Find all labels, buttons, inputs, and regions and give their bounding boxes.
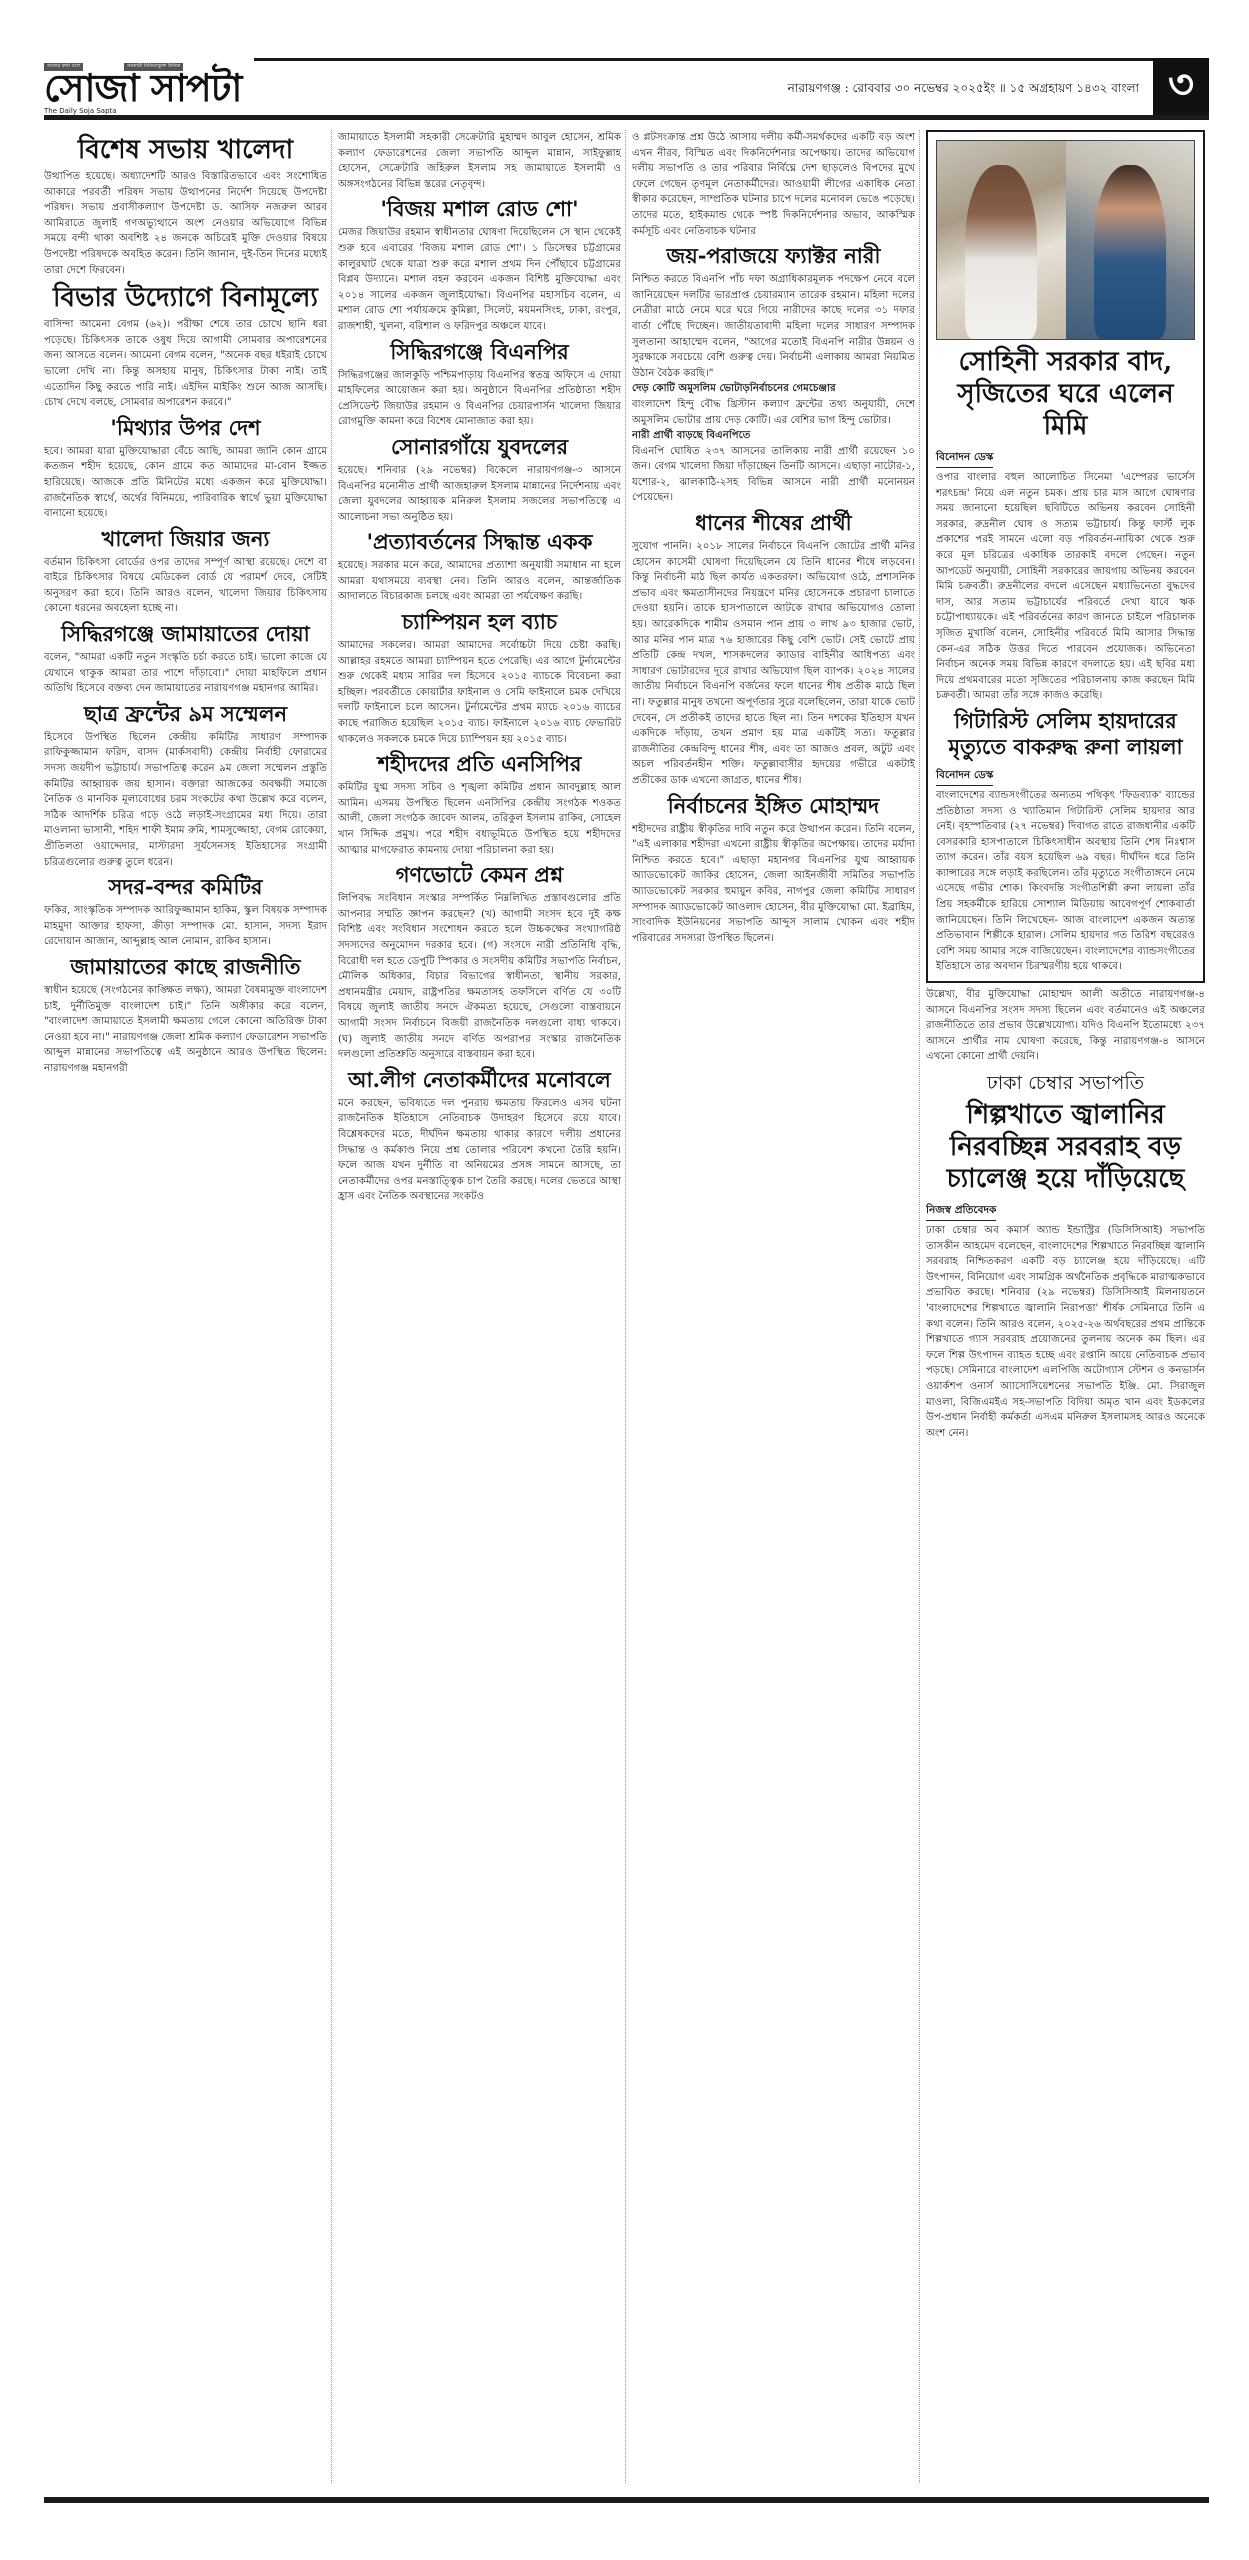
article-dhaka-chamber: ঢাকা চেম্বার সভাপতি শিল্পখাতে জ্বালানির … — [926, 1071, 1205, 1441]
article-body: হিসেবে উপস্থিত ছিলেন কেন্দ্রীয় কমিটির স… — [44, 730, 327, 870]
headline: বিশেষ সভায় খালেদা — [44, 134, 327, 166]
byline: বিনোদন ডেস্ক — [936, 450, 993, 468]
headline: ছাত্র ফ্রন্টের ৯ম সম্মেলন — [44, 701, 327, 727]
article-sonargaon-jubodal: সোনারগাঁয়ে যুবদলের হয়েছে। শনিবার (২৯ ন… — [338, 434, 621, 525]
headline: সদর-বন্দর কমিটির — [44, 874, 327, 900]
article-body: নিশ্চিত করতে বিএনপি পাঁচ দফা অগ্রাধিকারম… — [632, 272, 915, 381]
photo-left — [937, 141, 1066, 339]
article-referendum-question: গণভোটে কেমন প্রশ্ন লিপিবদ্ধ সংবিধান সংস্… — [338, 862, 621, 1063]
article-biva-free-treatment: বিভার উদ্যোগে বিনামূল্যে বাসিন্দা আমেনা … — [44, 282, 327, 411]
article-columns: বিশেষ সভায় খালেদা উত্থাপিত হয়েছে। অধ্য… — [44, 130, 1209, 2483]
article-body: হবে। আমরা যারা মুক্তিযোদ্ধারা বেঁচে আছি,… — [44, 444, 327, 522]
article-body: শহীদদের রাষ্ট্রীয় স্বীকৃতির দাবি নতুন ক… — [632, 822, 915, 947]
article-women-factor: জয়-পরাজয়ে ফ্যাক্টর নারী নিশ্চিত করতে ব… — [632, 243, 915, 506]
newspaper-page: সত্যের কথা বলে সরকারী মিডিয়াভুক্ত দৈনিক… — [44, 58, 1209, 2503]
article-siddhirganj-bnp: সিদ্ধিরগঞ্জে বিএনপির সিদ্ধিরগঞ্জের জালকু… — [338, 339, 621, 430]
article-subhead: দেড় কোটি অমুসলিম ভোটাড়নির্বাচনের গেমচে… — [632, 381, 915, 397]
photo-sohini-mimi — [936, 140, 1195, 340]
headline: জামায়াতের কাছে রাজনীতি — [44, 954, 327, 980]
column-4: সোহিনী সরকার বাদ, সৃজিতের ঘরে এলেন মিমি … — [926, 130, 1209, 2483]
masthead: সত্যের কথা বলে সরকারী মিডিয়াভুক্ত দৈনিক… — [44, 58, 1209, 120]
article-for-khaleda-zia: খালেদা জিয়ার জন্য বর্তমান চিকিৎসা বোর্ড… — [44, 526, 327, 617]
headline: সোহিনী সরকার বাদ, সৃজিতের ঘরে এলেন মিমি — [936, 346, 1195, 442]
byline: নিজস্ব প্রতিবেদক — [926, 1203, 996, 1221]
entertainment-box: সোহিনী সরকার বাদ, সৃজিতের ঘরে এলেন মিমি … — [926, 130, 1205, 983]
headline: নির্বাচনের ইঙ্গিত মোহাম্মদ — [632, 793, 915, 819]
headline: খালেদা জিয়ার জন্য — [44, 526, 327, 552]
article-paddy-sheaf-candidate: ধানের শীষের প্রার্থী সুযোগ পাননি। ২০১৮ স… — [632, 510, 915, 789]
article-body: ওপার বাংলার বহুল আলোচিত সিনেমা 'এম্পেরর … — [936, 470, 1195, 704]
article-body: সিদ্ধিরগঞ্জের জালকুড়ি পশ্চিমপাড়ায় বিএ… — [338, 368, 621, 430]
kicker: ঢাকা চেম্বার সভাপতি — [926, 1071, 1205, 1095]
article-chhatra-front-conference: ছাত্র ফ্রন্টের ৯ম সম্মেলন হিসেবে উপস্থিত… — [44, 701, 327, 870]
article-victory-torch-roadshow: 'বিজয় মশাল রোড শো' মেজর জিয়াউর রহমান স… — [338, 196, 621, 334]
article-sadar-bandar-committee: সদর-বন্দর কমিটির ফকির, সাংস্কৃতিক সম্পাদ… — [44, 874, 327, 950]
masthead-top-rule — [254, 58, 1153, 61]
article-body: বাংলাদেশ হিন্দু বৌদ্ধ খ্রিস্টান কল্যাণ ফ… — [632, 397, 915, 428]
headline: ধানের শীষের প্রার্থী — [632, 510, 915, 536]
column-1: বিশেষ সভায় খালেদা উত্থাপিত হয়েছে। অধ্য… — [44, 130, 332, 2483]
article-body: বাসিন্দা আমেনা বেগম (৬২)। পরীক্ষা শেষে ত… — [44, 317, 327, 411]
article-khaleda-special-meeting: বিশেষ সভায় খালেদা উত্থাপিত হয়েছে। অধ্য… — [44, 134, 327, 278]
headline: গণভোটে কেমন প্রশ্ন — [338, 862, 621, 888]
newspaper-logo-english: The Daily Soja Sapta — [44, 107, 117, 115]
column-3: ও প্লটসংক্রান্ত প্রশ্ন উঠে আসায় দলীয় ক… — [632, 130, 920, 2483]
newspaper-logo: সোজা সাপটা — [44, 68, 241, 108]
article-election-hint-mohammad: নির্বাচনের ইঙ্গিত মোহাম্মদ শহীদদের রাষ্ট… — [632, 793, 915, 947]
article-false-nation: 'মিথ্যার উপর দেশ হবে। আমরা যারা মুক্তিযো… — [44, 415, 327, 522]
article-return-decision: 'প্রত্যাবর্তনের সিদ্ধান্ত একক হয়েছে। সর… — [338, 529, 621, 605]
headline: শহীদদের প্রতি এনসিপির — [338, 751, 621, 777]
article-body: ঢাকা চেম্বার অব কমার্স অ্যান্ড ইন্ডাস্ট্… — [926, 1223, 1205, 1441]
headline: সিদ্ধিরগঞ্জে জামায়াতের দোয়া — [44, 621, 327, 647]
column-2: জামায়াতে ইসলামী সহকারী সেক্রেটারি মুহাম… — [338, 130, 626, 2483]
headline: সোনারগাঁয়ে যুবদলের — [338, 434, 621, 460]
photo-right — [1066, 141, 1195, 339]
headline: 'প্রত্যাবর্তনের সিদ্ধান্ত একক — [338, 529, 621, 555]
article-body: ফকির, সাংস্কৃতিক সম্পাদক আরিফুজ্জামান হা… — [44, 903, 327, 950]
article-body: মনে করছেন, ভবিষ্যতে দল পুনরায় ক্ষমতায় … — [338, 1096, 621, 1205]
article-al-morale: আ.লীগ নেতাকর্মীদের মনোবলে মনে করছেন, ভবি… — [338, 1067, 621, 1205]
article-continuation: জামায়াতে ইসলামী সহকারী সেক্রেটারি মুহাম… — [338, 130, 621, 192]
article-body: আমাদের সকলের। আমরা আমাদের সর্বোচ্চটা দিয… — [338, 638, 621, 747]
article-body: উত্থাপিত হয়েছে। অধ্যাদেশটি আরও বিস্তারি… — [44, 169, 327, 278]
article-body: বিএনপি ঘোষিত ২৩৭ আসনের তালিকায় নারী প্র… — [632, 444, 915, 506]
article-body: মেজর জিয়াউর রহমান স্বাধীনতার ঘোষণা দিয়… — [338, 225, 621, 334]
article-body: বলেন, "আমরা একটি নতুন সংস্কৃতি চর্চা করত… — [44, 650, 327, 697]
dateline: নারায়ণগঞ্জ : রোববার ৩০ নভেম্বর ২০২৫ইং ॥… — [788, 80, 1139, 100]
article-body: বাংলাদেশের ব্যান্ডসংগীতের অন্যতম পথিকৃৎ … — [936, 788, 1195, 975]
headline: গিটারিস্ট সেলিম হায়দারের মৃত্যুতে বাকরু… — [936, 708, 1195, 760]
article-politics-to-jamaat: জামায়াতের কাছে রাজনীতি স্বাধীন হয়েছে (… — [44, 954, 327, 1077]
headline: জয়-পরাজয়ে ফ্যাক্টর নারী — [632, 243, 915, 269]
article-body: লিপিবদ্ধ সংবিধান সংস্কার সম্পর্কিত নিম্ন… — [338, 891, 621, 1063]
article-continuation: ও প্লটসংক্রান্ত প্রশ্ন উঠে আসায় দলীয় ক… — [632, 130, 915, 239]
article-siddhirganj-jamaat-prayer: সিদ্ধিরগঞ্জে জামায়াতের দোয়া বলেন, "আমর… — [44, 621, 327, 697]
article-body: বর্তমান চিকিৎসা বোর্ডের ওপর তাদের সম্পূর… — [44, 555, 327, 617]
article-subhead: নারী প্রার্থী বাড়ছে বিএনপিতে — [632, 428, 915, 444]
article-body: হয়েছে। শনিবার (২৯ নভেম্বর) বিকেলে নারায… — [338, 463, 621, 525]
headline: বিভার উদ্যোগে বিনামূল্যে — [44, 282, 327, 314]
headline: সিদ্ধিরগঞ্জে বিএনপির — [338, 339, 621, 365]
article-body: কমিটির যুগ্ম সদস্য সচিব ও শৃঙ্খলা কমিটির… — [338, 780, 621, 858]
article-ncp-martyrs: শহীদদের প্রতি এনসিপির কমিটির যুগ্ম সদস্য… — [338, 751, 621, 858]
headline: 'বিজয় মশাল রোড শো' — [338, 196, 621, 222]
headline: আ.লীগ নেতাকর্মীদের মনোবলে — [338, 1067, 621, 1093]
article-body: স্বাধীন হয়েছে (সংগঠনের কাঙ্ক্ষিত লক্ষ্য… — [44, 983, 327, 1077]
headline: শিল্পখাতে জ্বালানির নিরবচ্ছিন্ন সরবরাহ ব… — [926, 1099, 1205, 1195]
article-body: হয়েছে। সরকার মনে করে, আমাদের প্রত্যাশা … — [338, 558, 621, 605]
page-bottom-rule — [44, 2497, 1209, 2503]
byline: বিনোদন ডেস্ক — [936, 768, 993, 786]
article-body: সুযোগ পাননি। ২০১৮ সালের নির্বাচনে বিএনপি… — [632, 539, 915, 789]
headline: 'মিথ্যার উপর দেশ — [44, 415, 327, 441]
headline: চ্যাম্পিয়ন হল ব্যাচ — [338, 609, 621, 635]
article-champion-batch: চ্যাম্পিয়ন হল ব্যাচ আমাদের সকলের। আমরা … — [338, 609, 621, 747]
page-number-badge: ৩ — [1153, 58, 1209, 115]
article-continuation: উল্লেখ্য, বীর মুক্তিযোদ্ধা মোহাম্মদ আলী … — [926, 987, 1205, 1065]
